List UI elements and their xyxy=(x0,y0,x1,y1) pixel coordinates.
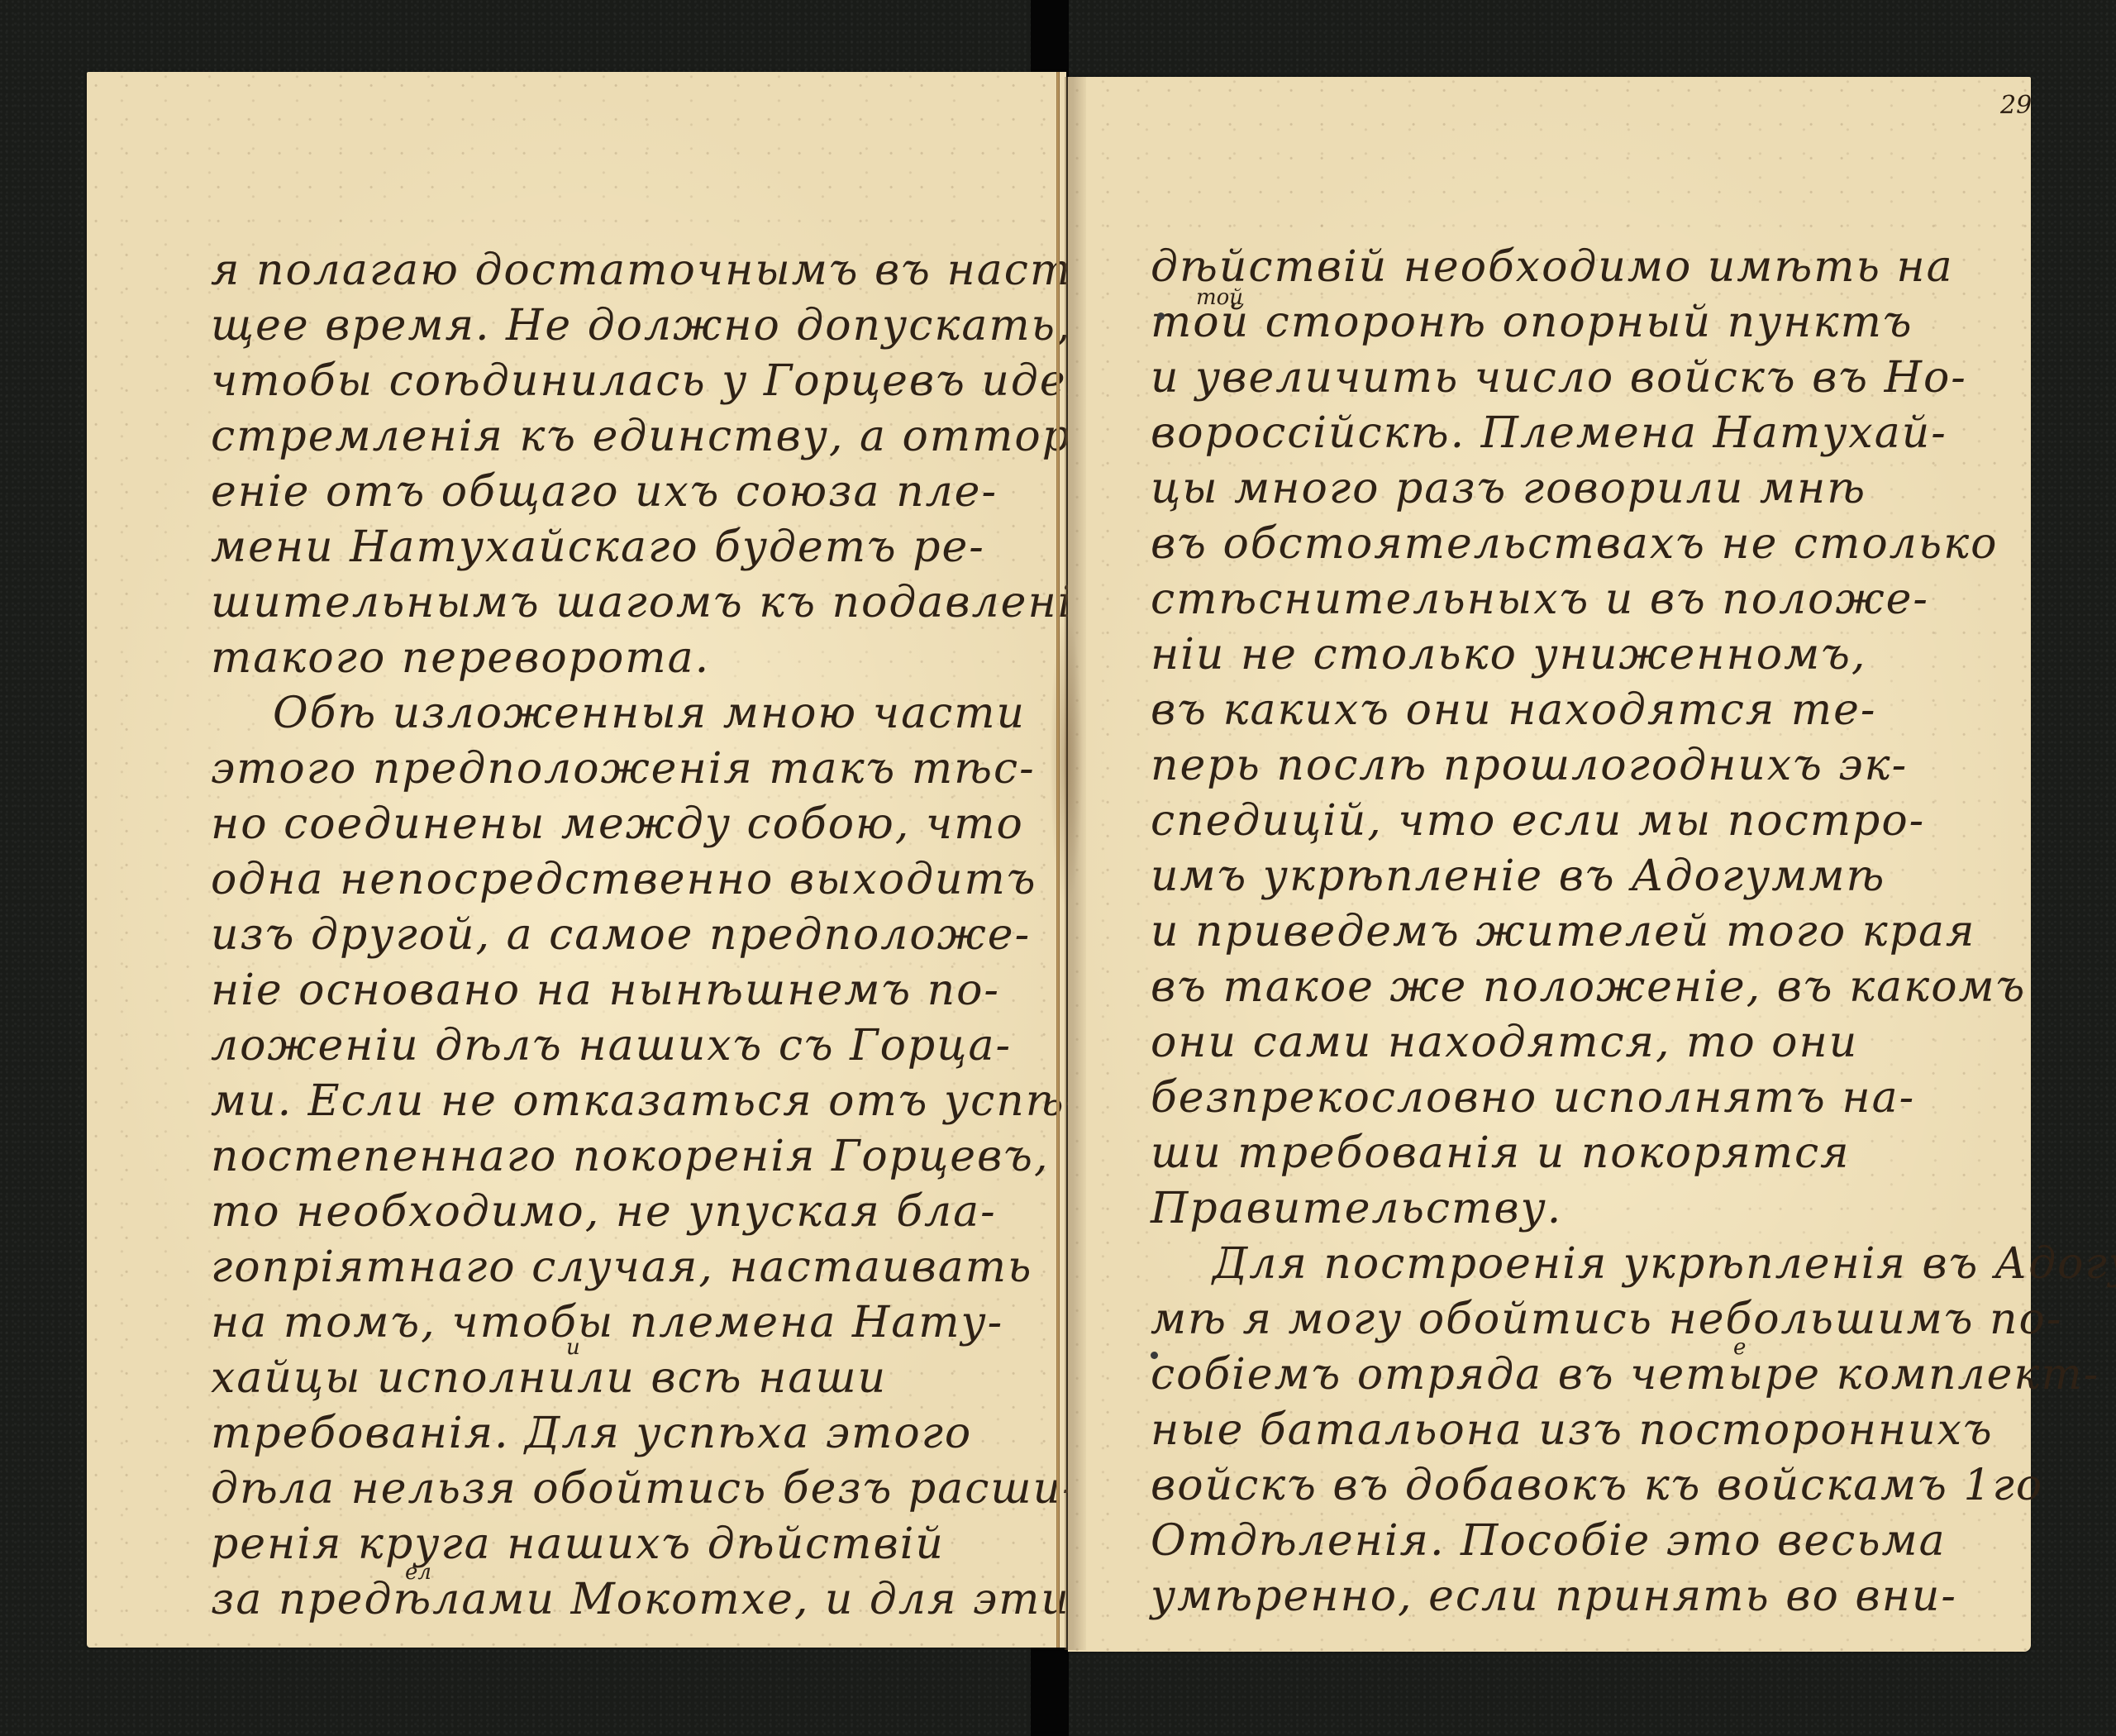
manuscript-line: хайцы исполнили всѣ наши xyxy=(211,1353,887,1403)
manuscript-line: дѣйствій необходимо имѣть на xyxy=(1151,242,1954,292)
page-number: 29 xyxy=(2000,91,2032,120)
manuscript-line: я полагаю достаточнымъ въ настоя- xyxy=(211,246,1146,295)
manuscript-line: безпрекословно исполнятъ на- xyxy=(1151,1073,1915,1123)
manuscript-line: въ какихъ они находятся те- xyxy=(1151,685,1876,735)
manuscript-line: войскъ въ добавокъ къ войскамъ 1го xyxy=(1151,1461,2043,1510)
manuscript-line: ніе основано на нынѣшнемъ по- xyxy=(211,966,1000,1015)
manuscript-line: ніи не столько униженномъ, xyxy=(1151,630,1866,680)
manuscript-line: чтобы соѣдинилась у Горцевъ идея xyxy=(211,356,1097,406)
manuscript-line: мени Натухайскаго будетъ ре- xyxy=(211,522,985,572)
binding-thread xyxy=(1056,72,1060,1648)
manuscript-line: той сторонѣ опорный пунктъ xyxy=(1151,298,1913,347)
manuscript-line: ренія круга нашихъ дѣйствій xyxy=(211,1519,945,1569)
manuscript-line: и увеличить число войскъ въ Но- xyxy=(1151,353,1967,403)
ink-dot xyxy=(1151,1352,1158,1359)
manuscript-line: Для построенія укрѣпленія въ Адогу- xyxy=(1151,1239,2116,1289)
manuscript-line: шительнымъ шагомъ къ подавленію xyxy=(211,578,1113,627)
manuscript-line: Обѣ изложенныя мною части xyxy=(211,689,1026,738)
manuscript-line: требованія. Для успѣха этого xyxy=(211,1409,972,1458)
manuscript-line: спедицій, что если мы постро- xyxy=(1151,796,1925,846)
manuscript-line: цы много разъ говорили мнѣ xyxy=(1151,464,1866,513)
manuscript-line: ши требованія и покорятся xyxy=(1151,1128,1851,1178)
manuscript-line: имъ укрѣпленіе въ Адогуммѣ xyxy=(1151,851,1885,901)
ink-dot xyxy=(1157,312,1165,320)
manuscript-line: изъ другой, а самое предположе- xyxy=(211,910,1031,960)
manuscript-line: вороссійскѣ. Племена Натухай- xyxy=(1151,408,1947,458)
manuscript-line: щее время. Не должно допускать, xyxy=(211,301,1072,351)
manuscript-line: стѣснительныхъ и въ положе- xyxy=(1151,575,1929,624)
left-page: я полагаю достаточнымъ въ настоя- щее вр… xyxy=(87,72,1066,1648)
manuscript-line: въ обстоятельствахъ не столько xyxy=(1151,519,1998,569)
manuscript-line: то необходимо, не упуская бла- xyxy=(211,1187,997,1237)
manuscript-line: еніе отъ общаго ихъ союза пле- xyxy=(211,467,998,517)
manuscript-line: но соединены между собою, что xyxy=(211,799,1024,849)
manuscript-line: Отдѣленія. Пособіе это весьма xyxy=(1151,1516,1947,1566)
manuscript-line: дѣла нельзя обойтись безъ расши- xyxy=(211,1464,1079,1514)
manuscript-line: такого переворота. xyxy=(211,633,710,683)
manuscript-line: ные батальона изъ постороннихъ xyxy=(1151,1405,1994,1455)
manuscript-line: гопріятнаго случая, настаивать xyxy=(211,1242,1032,1292)
manuscript-line: Правительству. xyxy=(1151,1184,1562,1233)
manuscript-line: на томъ, чтобы племена Нату- xyxy=(211,1298,1003,1347)
correction-insert: и xyxy=(566,1335,580,1360)
manuscript-line: одна непосредственно выходитъ xyxy=(211,855,1037,904)
manuscript-line: за предѣлами Мокотхе, и для этихъ xyxy=(211,1575,1127,1624)
manuscript-line: и приведемъ жителей того края xyxy=(1151,907,1975,956)
correction-insert: той xyxy=(1196,285,1243,310)
manuscript-line: стремленія къ единству, а отторж- xyxy=(211,412,1138,461)
manuscript-line: они сами находятся, то они xyxy=(1151,1018,1858,1067)
manuscript-line: постепеннаго покоренія Горцевъ, xyxy=(211,1132,1049,1181)
gutter-stain xyxy=(1050,612,1083,909)
manuscript-line: умѣренно, если принять во вни- xyxy=(1151,1571,1957,1621)
right-page: дѣйствій необходимо имѣть на той сторонѣ… xyxy=(1068,77,2031,1652)
manuscript-line: ми. Если не отказаться отъ успѣ- xyxy=(211,1076,1081,1126)
manuscript-line: въ такое же положеніе, въ какомъ xyxy=(1151,962,2026,1012)
correction-insert: ел xyxy=(405,1560,431,1585)
manuscript-line: ложеніи дѣлъ нашихъ съ Горца- xyxy=(211,1021,1012,1071)
manuscript-line: мѣ я могу обойтись небольшимъ по- xyxy=(1151,1295,2062,1344)
correction-insert: е xyxy=(1733,1335,1746,1360)
manuscript-line: этого предположенія такъ тѣс- xyxy=(211,744,1036,794)
manuscript-line: собіемъ отряда въ четыре комплект- xyxy=(1151,1350,2099,1400)
manuscript-line: перь послѣ прошлогоднихъ эк- xyxy=(1151,741,1908,790)
